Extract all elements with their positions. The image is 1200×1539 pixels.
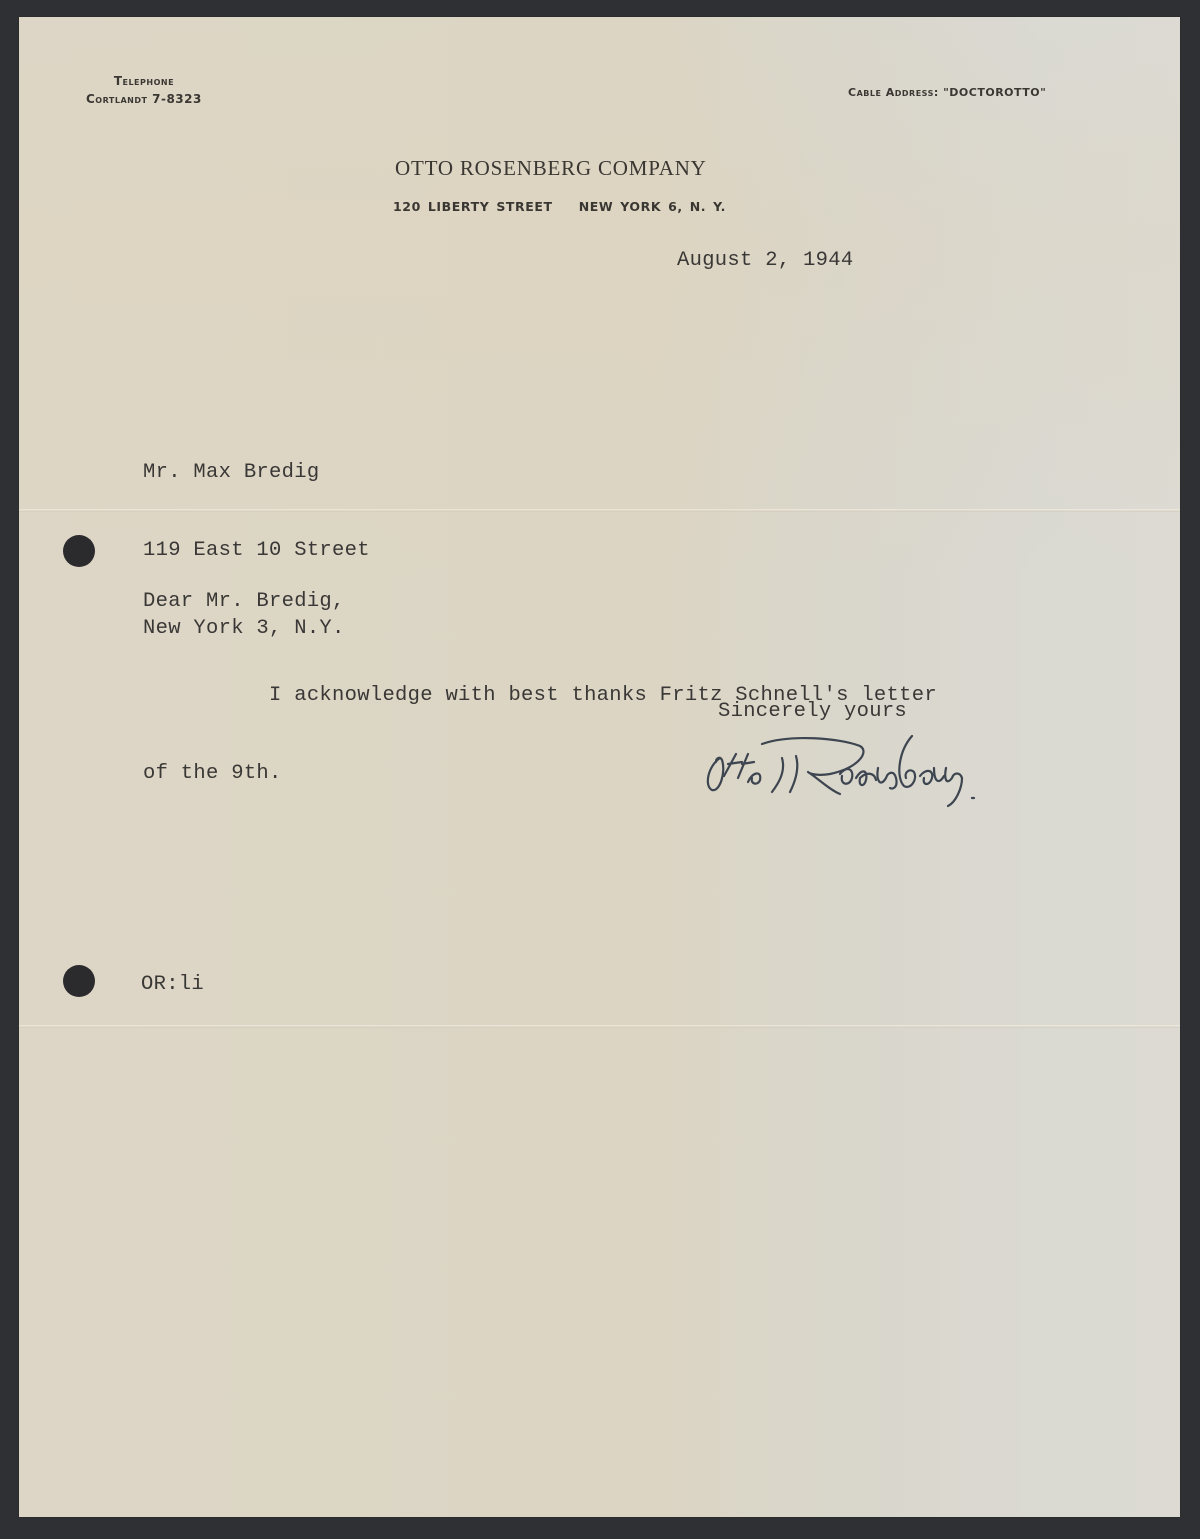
recipient-street: 119 East 10 Street <box>143 538 370 564</box>
recipient-name: Mr. Max Bredig <box>143 460 370 486</box>
closing: Sincerely yours <box>718 699 907 725</box>
company-city: NEW YORK 6, N. Y. <box>579 199 726 214</box>
fold-line-lower <box>19 1025 1180 1028</box>
letter-date: August 2, 1944 <box>677 248 853 274</box>
recipient-address: Mr. Max Bredig 119 East 10 Street New Yo… <box>143 408 370 668</box>
punch-hole-lower <box>63 965 95 997</box>
company-name: OTTO ROSENBERG COMPANY <box>395 156 707 181</box>
letterhead-cable-address: Cable Address: "DOCTOROTTO" <box>848 86 1046 99</box>
telephone-number: Cortlandt 7-8323 <box>86 90 202 108</box>
company-street: 120 LIBERTY STREET <box>393 199 553 214</box>
telephone-label: Telephone <box>86 72 202 90</box>
punch-hole-upper <box>63 535 95 567</box>
salutation: Dear Mr. Bredig, <box>143 589 345 615</box>
reference-initials: OR:li <box>141 972 204 998</box>
letterhead-telephone: Telephone Cortlandt 7-8323 <box>86 72 202 108</box>
handwritten-signature <box>690 728 1050 808</box>
company-address: 120 LIBERTY STREETNEW YORK 6, N. Y. <box>393 199 726 214</box>
